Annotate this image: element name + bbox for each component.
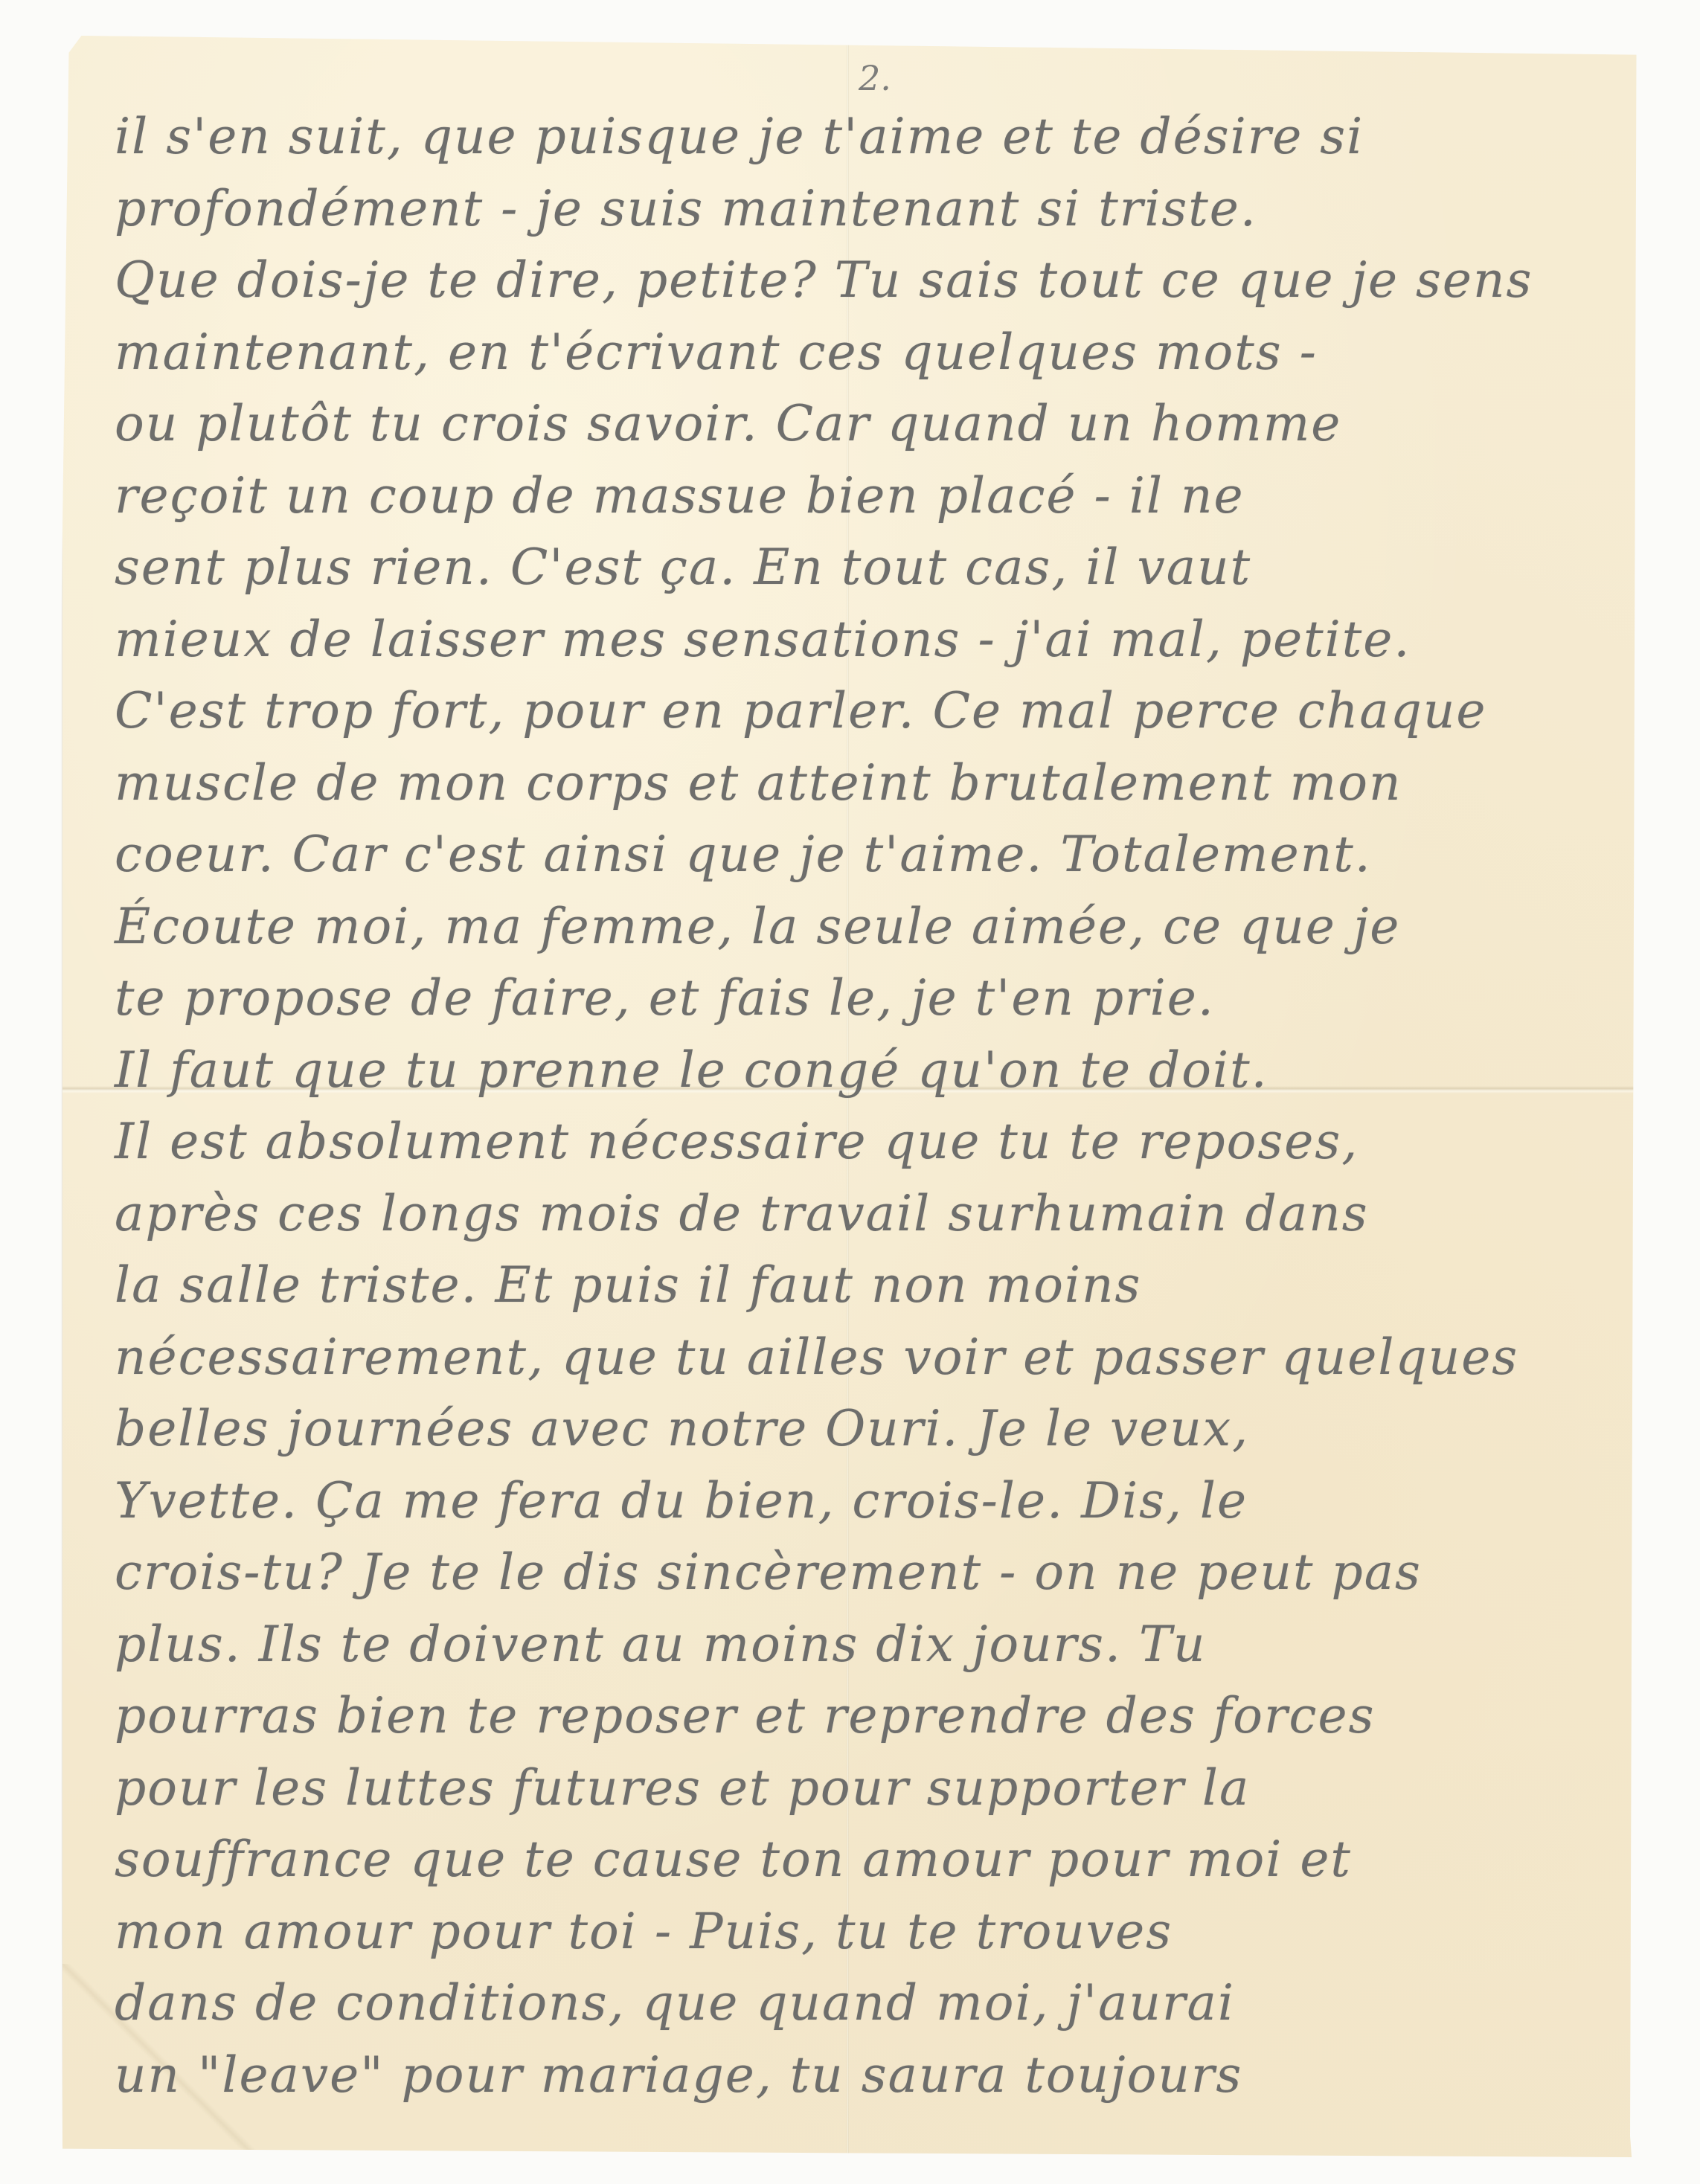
text-line: Il faut que tu prenne le congé qu'on te …	[115, 1035, 1610, 1107]
letter-page: 2. il s'en suit, que puisque je t'aime e…	[62, 36, 1643, 2157]
text-line: il s'en suit, que puisque je t'aime et t…	[115, 101, 1610, 173]
text-line: un "leave" pour mariage, tu saura toujou…	[115, 2040, 1610, 2112]
text-line: muscle de mon corps et atteint brutaleme…	[115, 748, 1610, 820]
text-line: coeur. Car c'est ainsi que je t'aime. To…	[115, 819, 1610, 891]
text-line: crois-tu? Je te le dis sincèrement - on …	[115, 1537, 1610, 1609]
text-line: mon amour pour toi - Puis, tu te trouves	[115, 1896, 1610, 1968]
text-line: Que dois-je te dire, petite? Tu sais tou…	[115, 245, 1610, 317]
text-line: sent plus rien. C'est ça. En tout cas, i…	[115, 532, 1610, 604]
text-line: belles journées avec notre Ouri. Je le v…	[115, 1393, 1610, 1465]
text-line: la salle triste. Et puis il faut non moi…	[115, 1250, 1610, 1322]
text-line: profondément - je suis maintenant si tri…	[115, 173, 1610, 245]
text-line: nécessairement, que tu ailles voir et pa…	[115, 1322, 1610, 1394]
text-line: ou plutôt tu crois savoir. Car quand un …	[115, 388, 1610, 460]
text-line: Il est absolument nécessaire que tu te r…	[115, 1106, 1610, 1178]
text-line: Yvette. Ça me fera du bien, crois-le. Di…	[115, 1465, 1610, 1538]
text-line: souffrance que te cause ton amour pour m…	[115, 1824, 1610, 1896]
text-line: te propose de faire, et fais le, je t'en…	[115, 963, 1610, 1035]
page-number: 2.	[859, 58, 891, 98]
text-line: dans de conditions, que quand moi, j'aur…	[115, 1968, 1610, 2040]
text-line: Écoute moi, ma femme, la seule aimée, ce…	[115, 891, 1610, 963]
text-line: reçoit un coup de massue bien placé - il…	[115, 460, 1610, 533]
text-line: pour les luttes futures et pour supporte…	[115, 1753, 1610, 1825]
text-line: plus. Ils te doivent au moins dix jours.…	[115, 1609, 1610, 1681]
text-line: C'est trop fort, pour en parler. Ce mal …	[115, 675, 1610, 748]
letter-body: il s'en suit, que puisque je t'aime et t…	[115, 101, 1610, 2111]
text-line: maintenant, en t'écrivant ces quelques m…	[115, 317, 1610, 389]
text-line: après ces longs mois de travail surhumai…	[115, 1178, 1610, 1250]
text-line: pourras bien te reposer et reprendre des…	[115, 1680, 1610, 1753]
text-line: mieux de laisser mes sensations - j'ai m…	[115, 604, 1610, 676]
